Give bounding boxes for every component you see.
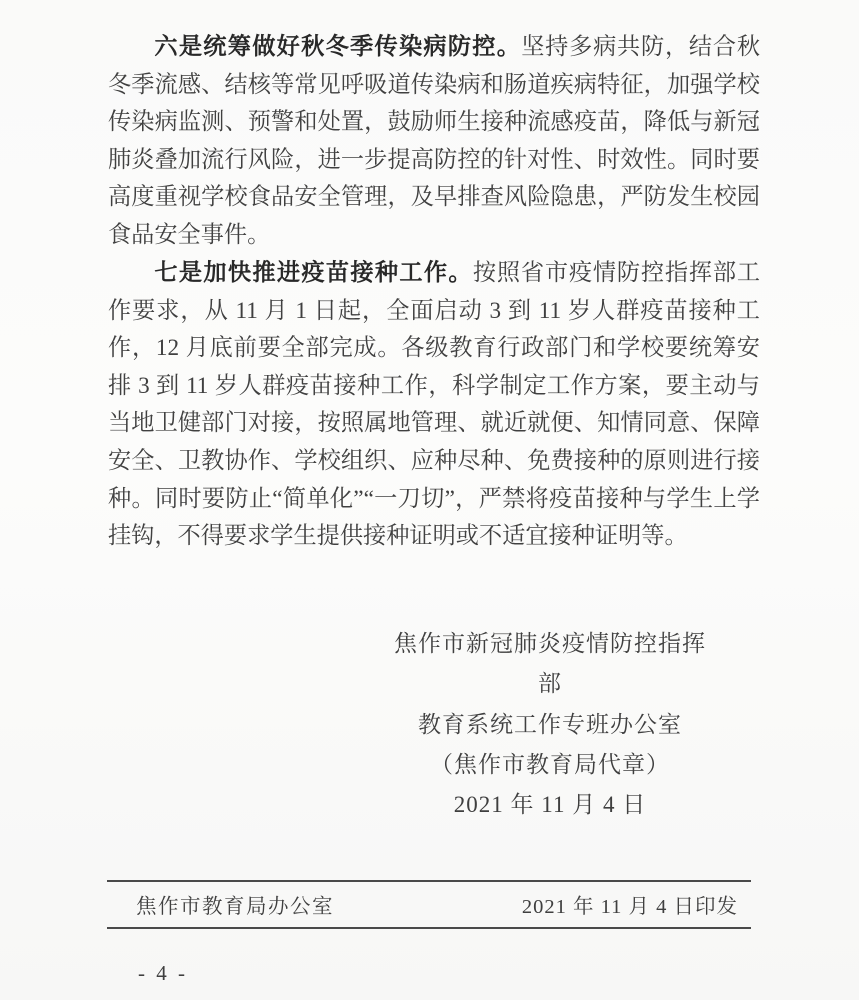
footer-rule-top — [107, 880, 751, 882]
paragraph-seven-text: 按照省市疫情防控指挥部工作要求，从 11 月 1 日起，全面启动 3 到 11 … — [108, 260, 760, 549]
signature-seal-note: （焦作市教育局代章） — [388, 745, 712, 785]
signature-block: 焦作市新冠肺炎疫情防控指挥部 教育系统工作专班办公室 （焦作市教育局代章） 20… — [388, 624, 712, 825]
footer-print-date: 2021 年 11 月 4 日印发 — [522, 895, 738, 919]
signature-org-line1: 焦作市新冠肺炎疫情防控指挥部 — [388, 624, 712, 705]
footer-issuer: 焦作市教育局办公室 — [136, 895, 334, 919]
paragraph-six: 六是统筹做好秋冬季传染病防控。坚持多病共防，结合秋冬季流感、结核等常见呼吸道传染… — [108, 28, 760, 254]
document-body: 六是统筹做好秋冬季传染病防控。坚持多病共防，结合秋冬季流感、结核等常见呼吸道传染… — [108, 28, 760, 556]
paragraph-seven: 七是加快推进疫苗接种工作。按照省市疫情防控指挥部工作要求，从 11 月 1 日起… — [108, 254, 760, 555]
footer-rule-bottom — [107, 927, 751, 929]
paragraph-six-lead: 六是统筹做好秋冬季传染病防控。 — [154, 33, 521, 59]
document-page: 六是统筹做好秋冬季传染病防控。坚持多病共防，结合秋冬季流感、结核等常见呼吸道传染… — [0, 0, 859, 1000]
footer-row: 焦作市教育局办公室 2021 年 11 月 4 日印发 — [107, 895, 751, 919]
page-number: - 4 - — [138, 958, 188, 988]
paragraph-six-text: 坚持多病共防，结合秋冬季流感、结核等常见呼吸道传染病和肠道疾病特征，加强学校传染… — [108, 34, 760, 248]
signature-org-line2: 教育系统工作专班办公室 — [388, 705, 712, 745]
signature-date: 2021 年 11 月 4 日 — [388, 785, 712, 825]
paragraph-seven-lead: 七是加快推进疫苗接种工作。 — [154, 259, 472, 285]
